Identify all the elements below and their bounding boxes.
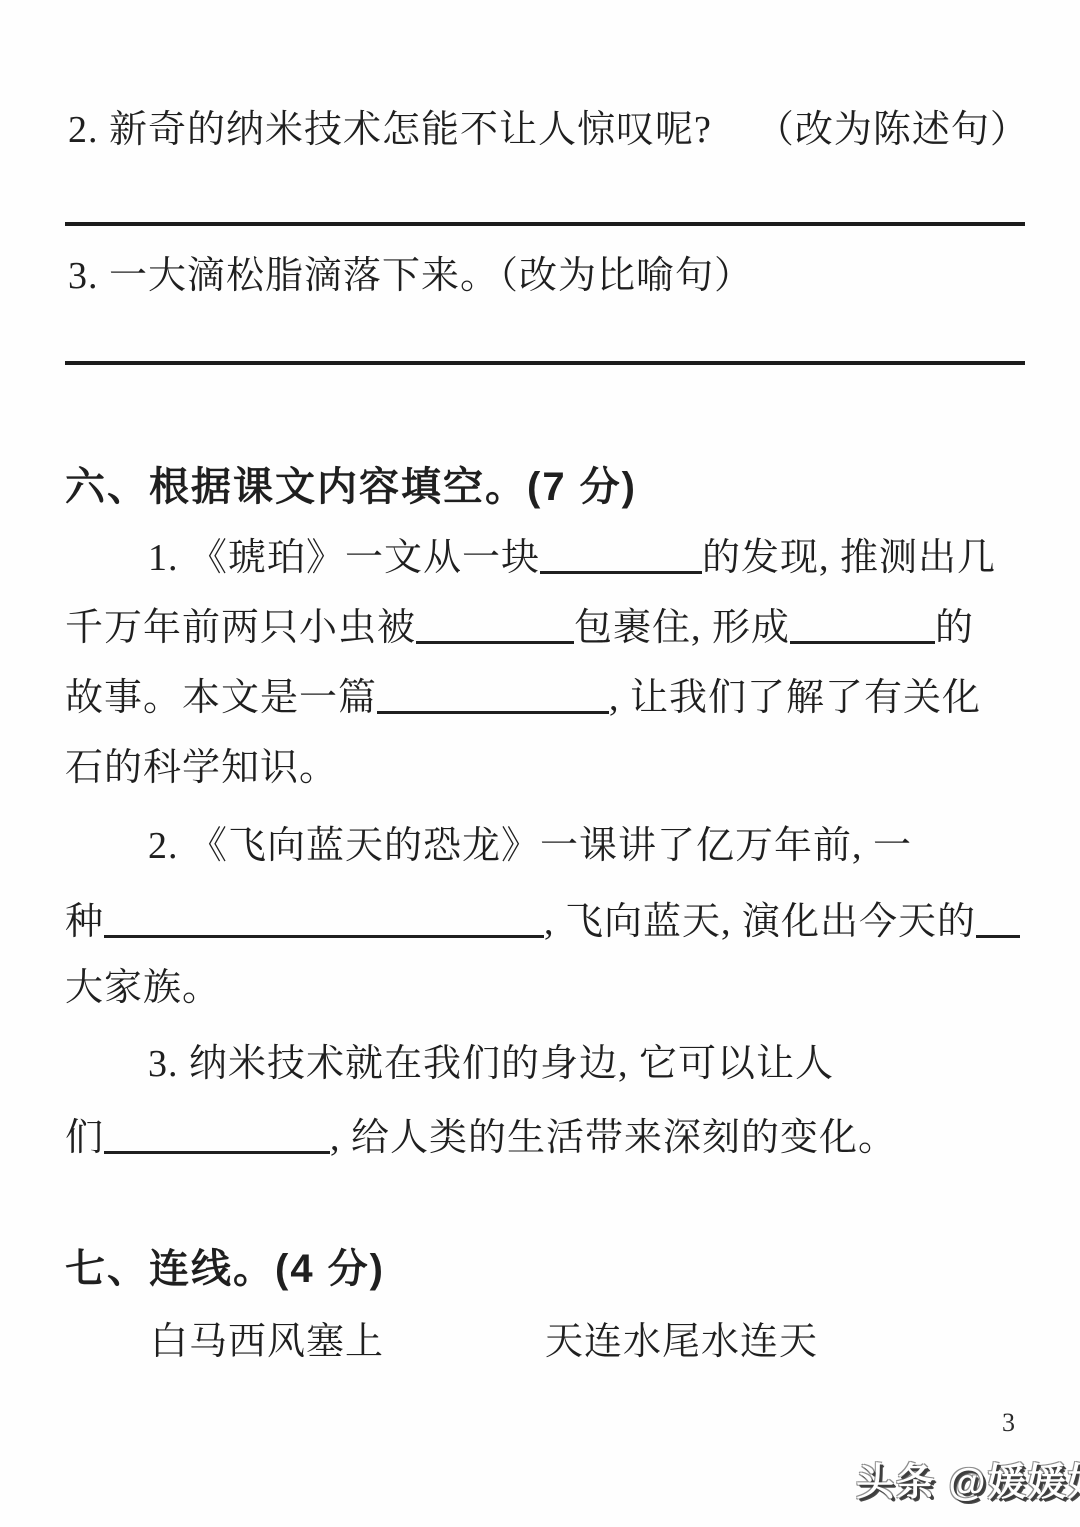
section-six-q2-line-1: 2. 《飞向蓝天的恐龙》一课讲了亿万年前, 一 [148, 822, 912, 870]
watermark: 头条 @媛媛妈 [856, 1460, 1080, 1506]
q2-text-segment: 大家族。 [65, 967, 221, 1009]
q1-text-segment: 千万年前两只小虫被 [65, 607, 416, 649]
q1-text-segment: , 让我们了解了有关化 [609, 677, 981, 719]
q3-text-segment: 们 [65, 1117, 104, 1159]
q2-text-segment: , 飞向蓝天, 演化出今天的 [544, 901, 976, 943]
section-six-q2-line-2: 种, 飞向蓝天, 演化出今天的 [65, 898, 1020, 946]
section-six-q3-line-1: 3. 纳米技术就在我们的身边, 它可以让人 [148, 1040, 834, 1088]
match-right-item: 天连水尾水连天 [545, 1318, 818, 1366]
exam-paper-page: 2. 新奇的纳米技术怎能不让人惊叹呢?（改为陈述句） 3. 一大滴松脂滴落下来。… [0, 0, 1080, 1527]
q3-text-segment: 3. 纳米技术就在我们的身边, 它可以让人 [148, 1043, 834, 1085]
rewrite-question-3-text: 3. 一大滴松脂滴落下来。 [68, 255, 499, 297]
q1-text-segment: 的发现, 推测出几 [702, 537, 996, 579]
section-six-q1-line-2: 千万年前两只小虫被包裹住, 形成的 [65, 604, 974, 652]
q1-text-segment: 石的科学知识。 [65, 747, 338, 789]
q3-text-segment: , 给人类的生活带来深刻的变化。 [330, 1117, 897, 1159]
rewrite-question-3: 3. 一大滴松脂滴落下来。（改为比喻句） [68, 252, 753, 300]
fill-blank [790, 634, 935, 644]
section-six-q1-line-1: 1. 《琥珀》一文从一块的发现, 推测出几 [148, 534, 996, 582]
rewrite-question-3-instruction: （改为比喻句） [499, 255, 753, 297]
fill-blank [416, 634, 574, 644]
section-six-q1-line-4: 石的科学知识。 [65, 744, 338, 792]
answer-line [65, 361, 1025, 365]
rewrite-question-2: 2. 新奇的纳米技术怎能不让人惊叹呢?（改为陈述句） [68, 106, 1029, 154]
page-number: 3 [1002, 1408, 1015, 1438]
section-six-q3-line-2: 们, 给人类的生活带来深刻的变化。 [65, 1114, 897, 1162]
rewrite-question-2-text: 2. 新奇的纳米技术怎能不让人惊叹呢? [68, 109, 712, 151]
answer-line [65, 222, 1025, 226]
fill-blank [104, 928, 544, 938]
fill-blank [976, 928, 1020, 938]
q1-text-segment: 包裹住, 形成 [574, 607, 790, 649]
fill-blank [377, 704, 609, 714]
fill-blank [540, 564, 702, 574]
q2-text-segment: 2. 《飞向蓝天的恐龙》一课讲了亿万年前, 一 [148, 825, 912, 867]
q1-text-segment: 故事。本文是一篇 [65, 677, 377, 719]
match-left-item: 白马西风塞上 [150, 1318, 384, 1366]
q2-text-segment: 种 [65, 901, 104, 943]
section-six-heading: 六、根据课文内容填空。(7 分) [65, 462, 637, 512]
section-six-q1-line-3: 故事。本文是一篇, 让我们了解了有关化 [65, 674, 981, 722]
section-seven-heading: 七、连线。(4 分) [65, 1244, 385, 1294]
q1-text-segment: 1. 《琥珀》一文从一块 [148, 537, 540, 579]
q1-text-segment: 的 [935, 607, 974, 649]
section-six-q2-line-3: 大家族。 [65, 964, 221, 1012]
rewrite-question-2-instruction: （改为陈述句） [756, 109, 1029, 151]
fill-blank [104, 1144, 330, 1154]
